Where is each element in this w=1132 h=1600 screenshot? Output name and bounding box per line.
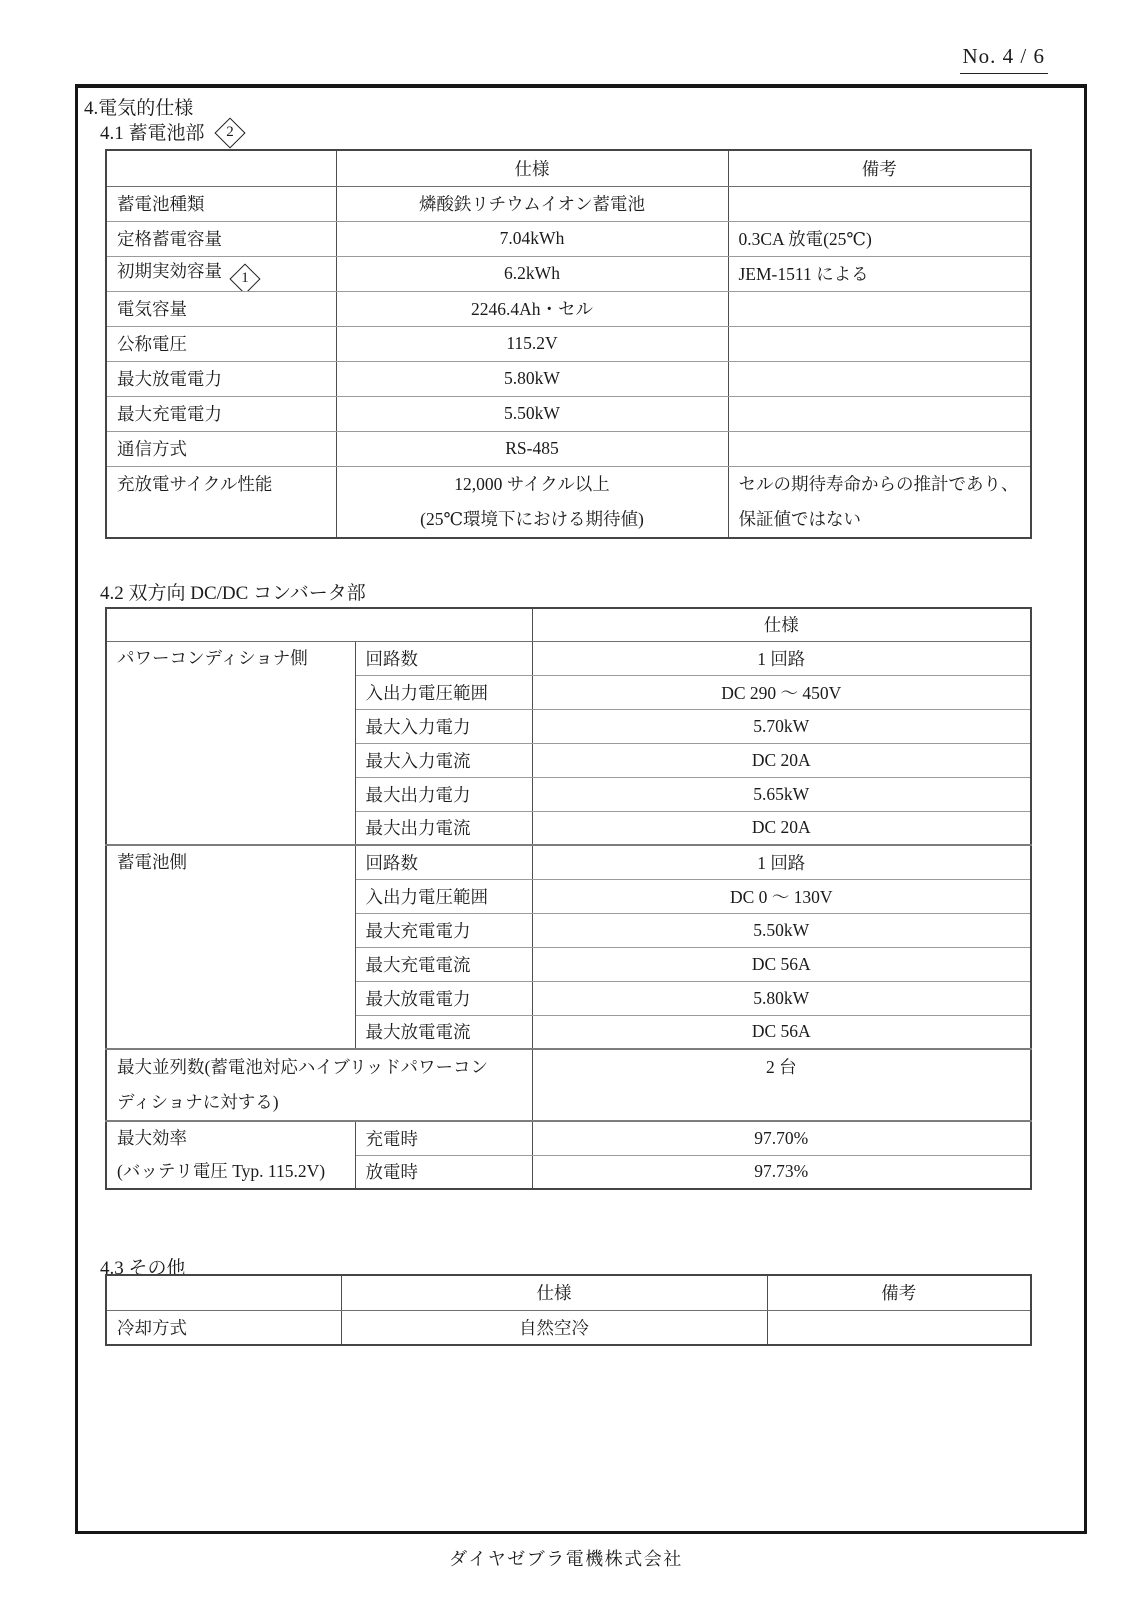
row-label: 最大放電電流: [355, 1015, 532, 1049]
row-label: 最大並列数(蓄電池対応ハイブリッドパワーコン ディショナに対する): [106, 1049, 532, 1121]
section-4-title: 4.電気的仕様: [84, 93, 193, 120]
table-row: 公称電圧 115.2V: [106, 326, 1031, 361]
row-label: 初期実効容量1: [106, 256, 336, 291]
remarks-value: [728, 361, 1031, 396]
label-line-1: 最大効率: [117, 1122, 345, 1155]
spec-value: 7.04kWh: [336, 221, 728, 256]
empty-header-cell: [106, 608, 532, 641]
spec-value: 2 台: [532, 1049, 1031, 1121]
table-header-row: 仕様 備考: [106, 1275, 1031, 1310]
row-label: 放電時: [355, 1155, 532, 1189]
remarks-column-header: 備考: [767, 1275, 1031, 1310]
spec-value: 自然空冷: [341, 1310, 767, 1345]
spec-value: 5.70kW: [532, 709, 1031, 743]
spec-value: 5.80kW: [532, 981, 1031, 1015]
remarks-line-1: セルの期待寿命からの推計であり、: [739, 467, 1021, 502]
spec-column-header: 仕様: [532, 608, 1031, 641]
table-row: 充放電サイクル性能 12,000 サイクル以上 (25℃環境下における期待値) …: [106, 466, 1031, 538]
spec-value: 5.80kW: [336, 361, 728, 396]
spec-value: DC 56A: [532, 1015, 1031, 1049]
row-label: 最大効率 (バッテリ電圧 Typ. 115.2V): [106, 1121, 355, 1189]
row-label: 冷却方式: [106, 1310, 341, 1345]
table-row: パワーコンディショナ側 回路数 1 回路: [106, 641, 1031, 675]
row-label: 最大入力電流: [355, 743, 532, 777]
table-header-row: 仕様: [106, 608, 1031, 641]
table-row: 冷却方式 自然空冷: [106, 1310, 1031, 1345]
remarks-value: [728, 291, 1031, 326]
table-row: 電気容量 2246.4Ah・セル: [106, 291, 1031, 326]
diamond-marker-1-icon: 1: [229, 263, 260, 291]
group-label-pcs: パワーコンディショナ側: [106, 641, 355, 845]
row-label: 最大出力電流: [355, 811, 532, 845]
remarks-value: JEM-1511 による: [728, 256, 1031, 291]
spec-column-header: 仕様: [341, 1275, 767, 1310]
spec-value: 2246.4Ah・セル: [336, 291, 728, 326]
row-label: 最大出力電力: [355, 777, 532, 811]
battery-spec-table: 仕様 備考 蓄電池種類 燐酸鉄リチウムイオン蓄電池 定格蓄電容量 7.04kWh…: [105, 149, 1032, 539]
spec-value: 97.70%: [532, 1121, 1031, 1155]
row-label: 最大放電電力: [355, 981, 532, 1015]
spec-value: 5.50kW: [532, 913, 1031, 947]
page-number: No. 4 / 6: [960, 44, 1049, 74]
remarks-value: セルの期待寿命からの推計であり、 保証値ではない: [728, 466, 1031, 538]
spec-value: 5.50kW: [336, 396, 728, 431]
company-footer: ダイヤゼブラ電機株式会社: [0, 1545, 1132, 1571]
diamond-marker-2-icon: 2: [214, 117, 245, 148]
row-label: 最大充電電力: [355, 913, 532, 947]
empty-header-cell: [106, 1275, 341, 1310]
table-row: 通信方式 RS-485: [106, 431, 1031, 466]
section-4-1-heading: 4.1 蓄電池部 2: [100, 118, 241, 145]
spec-value: 1 回路: [532, 845, 1031, 879]
remarks-value: 0.3CA 放電(25℃): [728, 221, 1031, 256]
content-frame: 4.電気的仕様 4.1 蓄電池部 2 仕様 備考 蓄電池種類 燐酸鉄リチウムイオ…: [75, 84, 1087, 1534]
spec-value: 5.65kW: [532, 777, 1031, 811]
spec-value: 1 回路: [532, 641, 1031, 675]
row-label: 充放電サイクル性能: [106, 466, 336, 538]
remarks-value: [728, 431, 1031, 466]
remarks-value: [728, 326, 1031, 361]
table-row: 定格蓄電容量 7.04kWh 0.3CA 放電(25℃): [106, 221, 1031, 256]
row-label-text: 初期実効容量: [117, 261, 222, 281]
spec-value: 115.2V: [336, 326, 728, 361]
spec-value: DC 0 ～ 130V: [532, 879, 1031, 913]
remarks-value: [767, 1310, 1031, 1345]
spec-value: 6.2kWh: [336, 256, 728, 291]
row-label: 最大充電電流: [355, 947, 532, 981]
spec-column-header: 仕様: [336, 150, 728, 186]
row-label: 入出力電圧範囲: [355, 879, 532, 913]
row-label: 充電時: [355, 1121, 532, 1155]
table-row: 初期実効容量1 6.2kWh JEM-1511 による: [106, 256, 1031, 291]
row-label: 回路数: [355, 641, 532, 675]
row-label: 公称電圧: [106, 326, 336, 361]
table-header-row: 仕様 備考: [106, 150, 1031, 186]
section-4-1-title: 4.1 蓄電池部: [100, 118, 205, 145]
table-row: 最大効率 (バッテリ電圧 Typ. 115.2V) 充電時 97.70%: [106, 1121, 1031, 1155]
label-line-2: ディショナに対する): [117, 1085, 522, 1120]
table-row: 最大放電電力 5.80kW: [106, 361, 1031, 396]
section-4-2-title: 4.2 双方向 DC/DC コンバータ部: [100, 578, 366, 605]
spec-line-2: (25℃環境下における期待値): [347, 502, 718, 537]
document-page: No. 4 / 6 4.電気的仕様 4.1 蓄電池部 2 仕様 備考 蓄電池種類…: [0, 0, 1132, 1600]
table-row: 最大並列数(蓄電池対応ハイブリッドパワーコン ディショナに対する) 2 台: [106, 1049, 1031, 1121]
table-row: 最大充電電力 5.50kW: [106, 396, 1031, 431]
empty-header-cell: [106, 150, 336, 186]
spec-value: 燐酸鉄リチウムイオン蓄電池: [336, 186, 728, 221]
spec-value: DC 20A: [532, 743, 1031, 777]
group-label-battery: 蓄電池側: [106, 845, 355, 1049]
spec-value: DC 56A: [532, 947, 1031, 981]
dcdc-converter-spec-table: 仕様 パワーコンディショナ側 回路数 1 回路 入出力電圧範囲 DC 290 ～…: [105, 607, 1032, 1190]
spec-value: DC 20A: [532, 811, 1031, 845]
label-line-2: (バッテリ電圧 Typ. 115.2V): [117, 1155, 345, 1188]
row-label: 最大入力電力: [355, 709, 532, 743]
row-label: 入出力電圧範囲: [355, 675, 532, 709]
remarks-value: [728, 186, 1031, 221]
row-label: 定格蓄電容量: [106, 221, 336, 256]
spec-value: RS-485: [336, 431, 728, 466]
spec-value: DC 290 ～ 450V: [532, 675, 1031, 709]
spec-value: 97.73%: [532, 1155, 1031, 1189]
remarks-line-2: 保証値ではない: [739, 502, 1021, 537]
remarks-column-header: 備考: [728, 150, 1031, 186]
remarks-value: [728, 396, 1031, 431]
other-spec-table: 仕様 備考 冷却方式 自然空冷: [105, 1274, 1032, 1346]
spec-line-1: 12,000 サイクル以上: [347, 467, 718, 502]
table-row: 蓄電池種類 燐酸鉄リチウムイオン蓄電池: [106, 186, 1031, 221]
spec-value: 12,000 サイクル以上 (25℃環境下における期待値): [336, 466, 728, 538]
row-label: 通信方式: [106, 431, 336, 466]
row-label: 電気容量: [106, 291, 336, 326]
row-label: 回路数: [355, 845, 532, 879]
row-label: 最大充電電力: [106, 396, 336, 431]
table-row: 蓄電池側 回路数 1 回路: [106, 845, 1031, 879]
row-label: 最大放電電力: [106, 361, 336, 396]
label-line-1: 最大並列数(蓄電池対応ハイブリッドパワーコン: [117, 1050, 522, 1085]
row-label: 蓄電池種類: [106, 186, 336, 221]
